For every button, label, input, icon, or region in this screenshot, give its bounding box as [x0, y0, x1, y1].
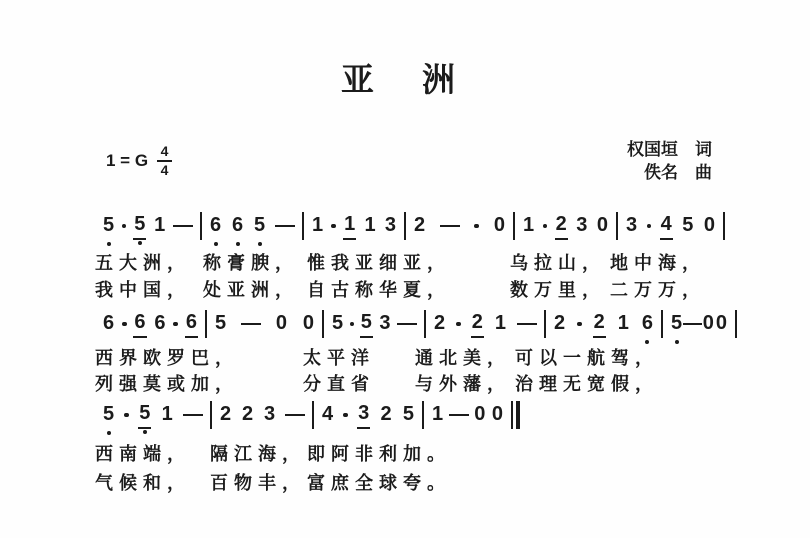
rest-note: 0 [275, 312, 288, 337]
duration-dot [456, 322, 461, 327]
note: 6 [231, 214, 244, 239]
rest-note: 0 [596, 214, 609, 239]
thick-bar [516, 401, 520, 429]
note: 4 [321, 403, 334, 428]
lyric-group: 惟我亚细亚， [307, 249, 451, 275]
rest-note: 0 [493, 214, 506, 239]
lyric-group: 西南端， [95, 440, 191, 466]
sheet-music-page: 亚洲 1 = G 4 4 权国垣 词 佚名 曲 5516651113201230… [0, 0, 810, 538]
note: 2 [593, 311, 606, 338]
dash [449, 414, 469, 417]
credit-composer: 佚名 曲 [627, 161, 712, 184]
lyric-group: 分直省 [303, 370, 375, 396]
lyric-group: 五大洲， [95, 249, 191, 275]
dash [517, 323, 537, 326]
meter-denominator: 4 [161, 163, 169, 178]
low-octave-dot [107, 431, 111, 435]
note: 3 [625, 214, 638, 239]
note: 5 [360, 311, 373, 338]
rest-note: 0 [703, 214, 716, 239]
note: 6 [185, 311, 198, 338]
meter-numerator: 4 [161, 144, 169, 159]
measure: 223 [212, 400, 312, 430]
lyric-group: 隔江海， [210, 440, 306, 466]
music-line-3: 5512234325100 [95, 400, 520, 430]
lyric-group: 自古称华夏， [307, 276, 451, 302]
lyric-line-2: 我中国，处亚洲，自古称华夏，数万里，二万万， [0, 276, 810, 298]
low-octave-dot [258, 242, 262, 246]
lyric-group: 可以一航驾， [515, 344, 659, 370]
dash [275, 225, 295, 228]
rest-note: 0 [715, 312, 728, 337]
rest-note: 0 [473, 403, 486, 428]
measure: 221 [426, 309, 544, 339]
note: 6 [102, 312, 115, 337]
credit-lyricist: 权国垣 词 [627, 138, 712, 161]
duration-dot [350, 322, 355, 327]
lyric-group: 我中国， [95, 276, 191, 302]
thin-bar [511, 401, 513, 429]
lyric-group: 乌拉山， [510, 249, 606, 275]
low-octave-dot [138, 241, 142, 245]
note: 2 [555, 213, 568, 240]
measure: 1113 [304, 211, 404, 241]
low-octave-dot [675, 340, 679, 344]
low-octave-dot [645, 340, 649, 344]
note: 2 [413, 214, 426, 239]
rest-note: 0 [491, 403, 504, 428]
duration-dot [122, 224, 127, 229]
lyric-group: 地中海， [610, 249, 706, 275]
note: 3 [384, 214, 397, 239]
lyric-group: 列强莫或加， [95, 370, 239, 396]
barline [735, 310, 737, 338]
music-line-2: 66665005532212216500 [95, 309, 737, 339]
lyric-group: 气候和， [95, 469, 191, 495]
note: 1 [311, 214, 324, 239]
page-title: 亚洲 [341, 54, 503, 101]
note: 2 [471, 311, 484, 338]
measure: 500 [663, 309, 735, 339]
note: 2 [380, 403, 393, 428]
measure: 500 [207, 309, 322, 339]
note: 5 [133, 213, 146, 240]
measure: 6666 [95, 309, 205, 339]
meter-fraction: 4 4 [157, 144, 172, 177]
measure: 665 [202, 211, 302, 241]
note: 6 [641, 312, 654, 337]
measure: 551 [95, 211, 200, 241]
lyric-group: 二万万， [610, 276, 706, 302]
note: 6 [153, 312, 166, 337]
note: 3 [378, 312, 391, 337]
dash [397, 323, 417, 326]
note: 3 [357, 402, 370, 429]
note: 2 [553, 312, 566, 337]
low-octave-dot [107, 242, 111, 246]
note: 3 [575, 214, 588, 239]
note: 3 [263, 403, 276, 428]
lyric-group: 百物丰， [210, 469, 306, 495]
note: 1 [494, 312, 507, 337]
duration-dot [173, 322, 178, 327]
dash [183, 414, 203, 417]
note: 5 [102, 403, 115, 428]
lyric-group: 治理无宽假， [515, 370, 659, 396]
duration-dot [331, 224, 336, 229]
note: 1 [617, 312, 630, 337]
note: 6 [209, 214, 222, 239]
measure: 553 [324, 309, 424, 339]
duration-dot [543, 224, 548, 229]
note: 1 [364, 214, 377, 239]
note: 5 [402, 403, 415, 428]
key-signature: 1 = G 4 4 [106, 144, 172, 177]
dash [173, 225, 193, 228]
lyric-group: 数万里， [510, 276, 606, 302]
note: 2 [433, 312, 446, 337]
lyric-line-6: 气候和，百物丰，富庶全球夸。 [0, 469, 810, 491]
note: 6 [133, 311, 146, 338]
lyric-group: 通北美， [415, 344, 511, 370]
note: 1 [153, 214, 166, 239]
measure: 100 [424, 400, 511, 430]
duration-dot [474, 224, 479, 229]
dash [285, 414, 305, 417]
music-line-1: 55166511132012303450 [95, 211, 725, 241]
barline [723, 212, 725, 240]
note: 5 [214, 312, 227, 337]
note: 5 [331, 312, 344, 337]
rest-note: 0 [302, 312, 315, 337]
rest-note: 0 [702, 312, 715, 337]
lyric-group: 西界欧罗巴， [95, 344, 239, 370]
duration-dot [577, 322, 582, 327]
lyric-group: 富庶全球夸。 [307, 469, 451, 495]
lyric-group: 即阿非利加。 [307, 440, 451, 466]
credits: 权国垣 词 佚名 曲 [627, 138, 712, 184]
measure: 20 [406, 211, 513, 241]
lyric-group: 称膏腴， [203, 249, 299, 275]
measure: 551 [95, 400, 210, 430]
duration-dot [343, 413, 348, 418]
final-barline [511, 401, 520, 429]
lyric-line-1: 五大洲，称膏腴，惟我亚细亚，乌拉山，地中海， [0, 249, 810, 271]
note: 1 [161, 403, 174, 428]
note: 5 [670, 312, 683, 337]
measure: 4325 [314, 400, 422, 430]
note: 1 [431, 403, 444, 428]
note: 5 [138, 402, 151, 429]
low-octave-dot [214, 242, 218, 246]
note: 2 [241, 403, 254, 428]
note: 1 [522, 214, 535, 239]
measure: 3450 [618, 211, 723, 241]
lyric-line-5: 西南端，隔江海，即阿非利加。 [0, 440, 810, 462]
duration-dot [647, 224, 652, 229]
lyric-line-3: 西界欧罗巴，太平洋通北美，可以一航驾， [0, 344, 810, 366]
tonality-label: 1 = G [106, 151, 148, 171]
lyric-group: 处亚洲， [203, 276, 299, 302]
note: 2 [219, 403, 232, 428]
dash [440, 225, 460, 228]
lyric-group: 太平洋 [303, 344, 375, 370]
note: 5 [102, 214, 115, 239]
duration-dot [124, 413, 129, 418]
dash [241, 323, 261, 326]
note: 1 [343, 213, 356, 240]
measure: 2216 [546, 309, 661, 339]
measure: 1230 [515, 211, 616, 241]
note: 5 [681, 214, 694, 239]
low-octave-dot [143, 430, 147, 434]
lyric-group: 与外藩， [415, 370, 511, 396]
lyric-line-4: 列强莫或加，分直省与外藩，治理无宽假， [0, 370, 810, 392]
duration-dot [122, 322, 127, 327]
low-octave-dot [236, 242, 240, 246]
dash [683, 323, 702, 326]
note: 4 [660, 213, 673, 240]
note: 5 [253, 214, 266, 239]
